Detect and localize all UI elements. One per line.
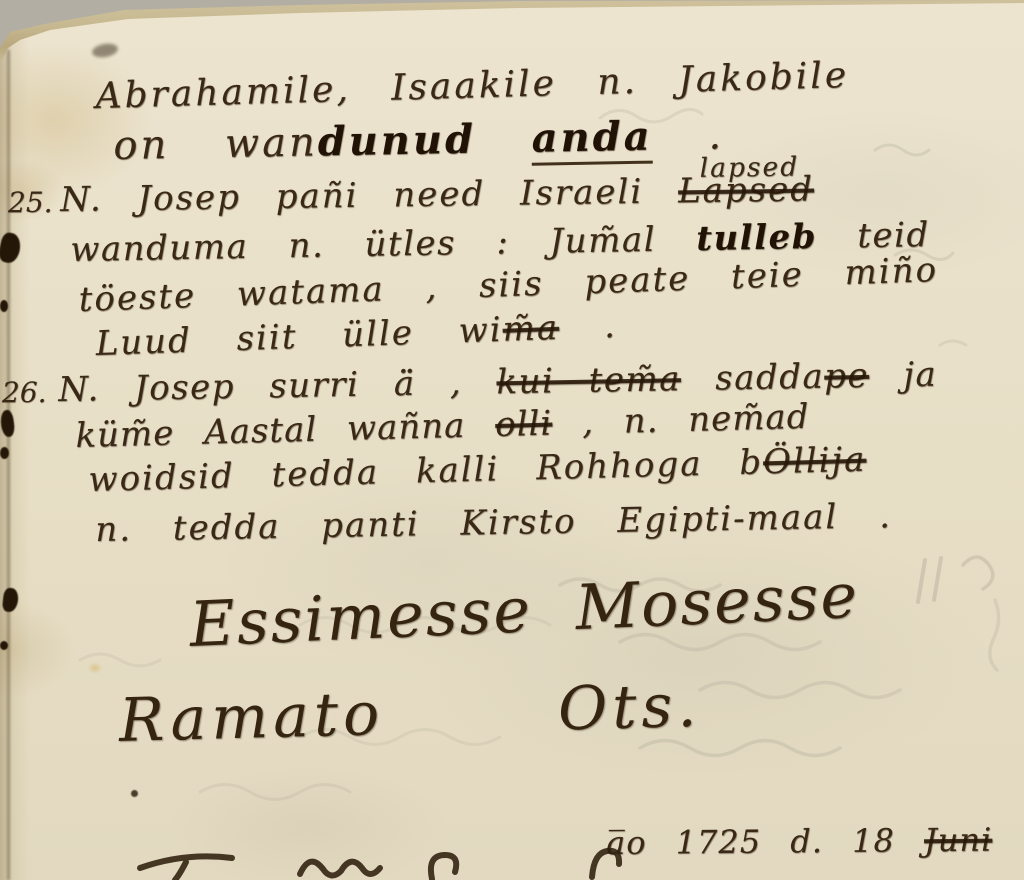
text-segment: tulleb bbox=[696, 217, 817, 259]
text-segment: küm̃e Aastal wañna bbox=[75, 405, 496, 456]
date-line: a̅o 1725 d. 18 Juni . bbox=[606, 820, 1024, 862]
manuscript-line: N. Josep pañi need Israeli Lapsedlapsed bbox=[60, 169, 814, 220]
text-segment: . bbox=[992, 820, 1024, 858]
text-segment: anda bbox=[531, 113, 653, 166]
struck-text: Öllija bbox=[763, 440, 867, 483]
struck-text: kui tem̃a bbox=[496, 359, 681, 402]
text-segment: on wan bbox=[113, 119, 318, 169]
ink-smudge bbox=[91, 42, 119, 59]
text-segment: Luud siit ülle wi bbox=[95, 310, 503, 364]
text-segment: Abrahamile, Isaakile n. Jakobile bbox=[95, 55, 850, 117]
struck-text: Juni bbox=[924, 821, 993, 860]
text-segment: N. Josep pañi need Israeli bbox=[60, 171, 678, 220]
binding-edge bbox=[0, 40, 30, 880]
text-segment: , n. nem̃ad bbox=[552, 397, 810, 444]
manuscript-photo: { "document": { "kind": "handwritten man… bbox=[0, 0, 1024, 880]
ink-speck bbox=[131, 790, 138, 797]
text-segment: sadda bbox=[681, 357, 825, 399]
ink-blot bbox=[0, 447, 9, 459]
ink-blot bbox=[0, 300, 8, 312]
manuscript-line: on wandunud anda . bbox=[113, 111, 724, 169]
manuscript-line: Abrahamile, Isaakile n. Jakobile bbox=[95, 55, 850, 117]
struck-text: m̃a bbox=[502, 308, 560, 350]
text-segment: dunud bbox=[317, 116, 476, 166]
binding-crease bbox=[7, 50, 10, 880]
text-segment: n. tedda panti Kirsto Egipti-maal . bbox=[95, 496, 892, 550]
text-segment bbox=[476, 116, 533, 163]
colophon-line: Ramato Ots. bbox=[118, 671, 702, 756]
manuscript-line: n. tedda panti Kirsto Egipti-maal . bbox=[95, 496, 892, 550]
manuscript-page: Abrahamile, Isaakile n. Jakobileon wandu… bbox=[0, 0, 1024, 880]
text-segment: N. Josep surri ä̈ , bbox=[58, 362, 497, 410]
text-segment: ja bbox=[869, 355, 938, 396]
verse-number: 25. bbox=[8, 186, 53, 219]
colophon-line: Essimesse Mosesse bbox=[188, 559, 860, 661]
text-segment: a̅o 1725 d. 18 bbox=[606, 821, 924, 862]
text-segment: . bbox=[558, 306, 617, 348]
ink-blot bbox=[0, 641, 8, 650]
verse-number: 26. bbox=[2, 376, 47, 409]
struck-text: pe bbox=[824, 356, 870, 397]
struck-text: olli bbox=[495, 404, 553, 445]
